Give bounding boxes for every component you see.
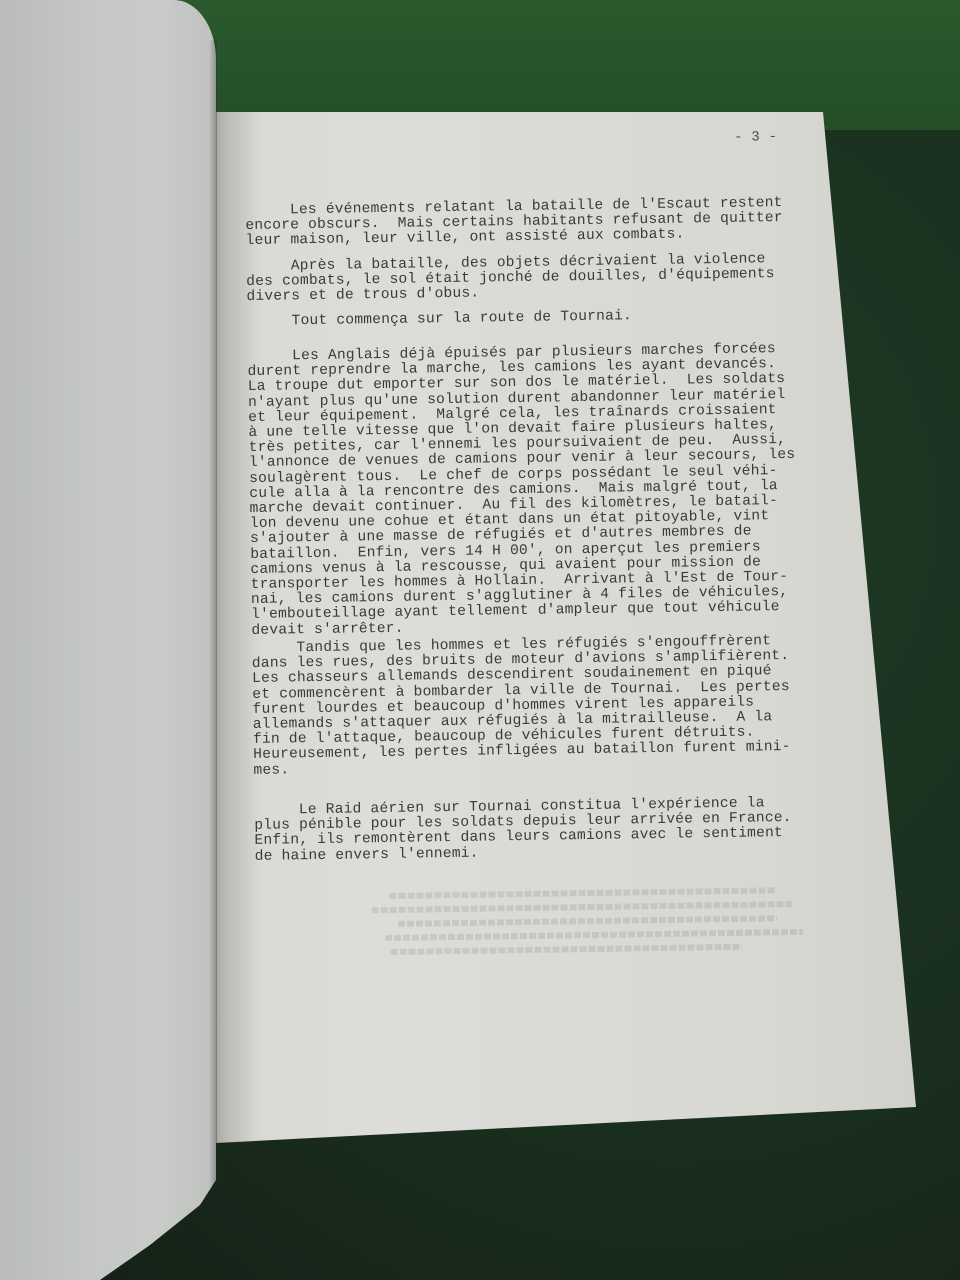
green-background [180, 0, 960, 130]
page-number: - 3 - [734, 130, 777, 146]
paragraph: Après la bataille, des objets décrivaien… [246, 252, 775, 305]
left-page-edge [209, 40, 217, 1190]
paragraph: Les événements relatant la bataille de l… [245, 196, 783, 250]
bleed-through-text [371, 879, 812, 976]
paragraph: Les Anglais déjà épuisés par plusieurs m… [247, 342, 798, 639]
paragraph: Le Raid aérien sur Tournai constitua l'e… [254, 796, 792, 865]
curled-left-page [0, 0, 216, 1280]
paragraph: Tandis que les hommes et les réfugiés s'… [252, 634, 791, 779]
